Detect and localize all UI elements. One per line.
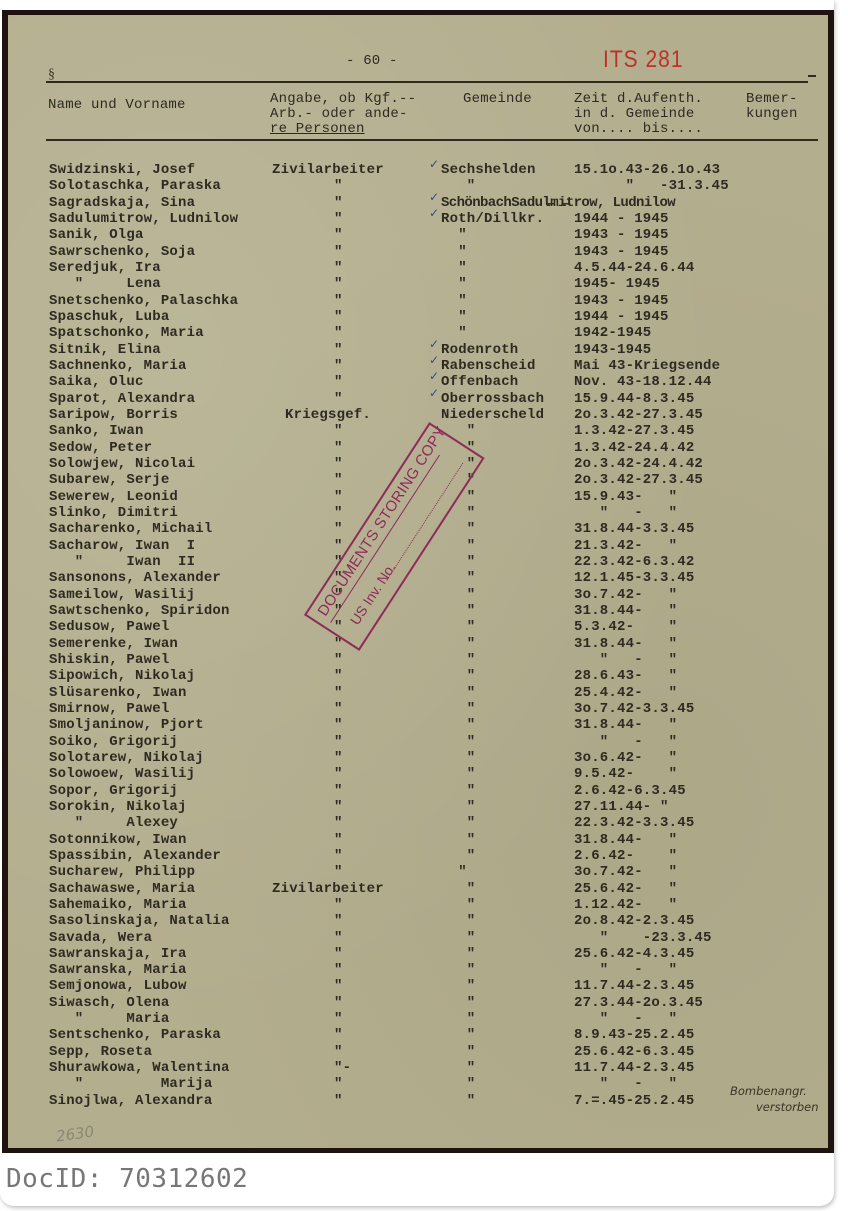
cell-name: Sachawaswe, Maria (49, 881, 195, 897)
table-row: Soiko, Grigorij" " " - " (8, 734, 828, 750)
cell-zeit: 31.8.44- " (574, 636, 677, 652)
cell-name: " Lena (49, 276, 161, 292)
table-row: Solotarew, Nikolaj" "3o.6.42- " (8, 750, 828, 766)
cell-name: Sorokin, Nikolaj (49, 799, 187, 815)
cell-name: Solowoew, Wasilij (49, 766, 195, 782)
cell-name: Semjonowa, Lubow (49, 978, 187, 994)
table-row: Sucharew, Philipp" "3o.7.42- " (8, 864, 828, 880)
cell-zeit: 15.1o.43-26.1o.43 (574, 162, 720, 178)
document-page: - 60 - ITS 281 § Name und Vorname Angabe… (8, 15, 828, 1148)
cell-zeit: 1943 - 1945 (574, 293, 669, 309)
table-row: Shurawkowa, Walentina"- "11.7.44-2.3.45 (8, 1060, 828, 1076)
cell-name: Slinko, Dimitri (49, 505, 178, 521)
cell-category: Zivilarbeiter (272, 881, 384, 897)
cell-gemeinde: " (441, 701, 475, 717)
cell-zeit: 2.6.42-6.3.45 (574, 783, 686, 799)
cell-gemeinde: " (441, 783, 475, 799)
cell-zeit: 1.3.42-24.4.42 (574, 440, 694, 456)
cell-zeit: 11.7.44-2.3.45 (574, 978, 694, 994)
header-bemerkungen-1: Bemer- (746, 92, 798, 107)
cell-name: Slüsarenko, Iwan (49, 685, 187, 701)
cell-zeit: 7.=.45-25.2.45 (574, 1093, 694, 1109)
cell-gemeinde: " (441, 652, 475, 668)
doc-id-label: DocID: 70312602 (6, 1164, 248, 1194)
cell-zeit: " - " (574, 734, 677, 750)
cell-category: " (334, 1076, 343, 1092)
cell-name: Sparot, Alexandra (49, 391, 195, 407)
cell-category: " (334, 978, 343, 994)
cell-category: " (334, 309, 343, 325)
cell-category: " (334, 685, 343, 701)
cell-gemeinde: Roth/Dillkr. (441, 211, 544, 227)
cell-name: Soiko, Grigorij (49, 734, 178, 750)
cell-category: "- (334, 1060, 351, 1076)
cell-name: Smoljaninow, Pjort (49, 717, 204, 733)
cell-name: Sucharew, Philipp (49, 864, 195, 880)
cell-gemeinde: " (441, 766, 475, 782)
cell-gemeinde: " (441, 309, 467, 325)
checkmark-icon: ✓ (429, 337, 439, 351)
cell-gemeinde: " (441, 603, 475, 619)
cell-category: " (334, 799, 343, 815)
table-row: Sedusow, Pawel" "5.3.42- " (8, 619, 828, 635)
remark-line-2: verstorben (756, 1100, 819, 1114)
table-row: Sansonons, Alexander" "12.1.45-3.3.45 (8, 570, 828, 586)
cell-zeit: 12.1.45-3.3.45 (574, 570, 694, 586)
cell-name: Sedusow, Pawel (49, 619, 169, 635)
cell-zeit: 1942-1945 (574, 325, 651, 341)
cell-zeit: 1943 - 1945 (574, 244, 669, 260)
cell-zeit: 5.3.42- " (574, 619, 677, 635)
table-row: Sameilow, Wasilij" "3o.7.42- " (8, 587, 828, 603)
cell-name: Siwasch, Olena (49, 995, 169, 1011)
cell-name: Sahemaiko, Maria (49, 897, 187, 913)
cell-gemeinde: " (441, 1044, 475, 1060)
cell-zeit: 21.3.42- " (574, 538, 677, 554)
cell-zeit: 25.4.42- " (574, 685, 677, 701)
cell-category: Zivilarbeiter (272, 162, 384, 178)
header-rule (46, 139, 818, 141)
cell-category: " (334, 652, 343, 668)
cell-name: Saripow, Borris (49, 407, 178, 423)
header-category-3: re Personen (270, 122, 365, 137)
cell-category: " (334, 244, 343, 260)
cell-name: Seredjuk, Ira (49, 260, 161, 276)
cell-gemeinde: Offenbach (441, 374, 518, 390)
cell-name: Sawtschenko, Spiridon (49, 603, 230, 619)
cell-zeit: 1943 - 1945 (574, 227, 669, 243)
cell-category: " (334, 1027, 343, 1043)
cell-category: " (334, 391, 343, 407)
cell-name: Sewerew, Leonid (49, 489, 178, 505)
table-row: " Maria" " " - " (8, 1011, 828, 1027)
cell-zeit: " - " (574, 652, 677, 668)
cell-category: " (334, 456, 343, 472)
cell-gemeinde: " (441, 538, 475, 554)
header-bemerkungen-2: kungen (746, 107, 798, 122)
table-row: Sorokin, Nikolaj" "27.11.44- " (8, 799, 828, 815)
cell-category: " (334, 325, 343, 341)
cell-gemeinde: " (441, 570, 475, 586)
cell-gemeinde: " (441, 832, 475, 848)
cell-category: " (334, 227, 343, 243)
cell-category: " (334, 1011, 343, 1027)
cell-gemeinde: " (441, 815, 475, 831)
table-row: Sawrschenko, Soja" "1943 - 1945 (8, 244, 828, 260)
table-row: Sinojlwa, Alexandra" "7.=.45-25.2.45 (8, 1093, 828, 1109)
cell-name: Sagradskaja, Sina (49, 195, 195, 211)
cell-category: " (334, 440, 343, 456)
cell-name: Sinojlwa, Alexandra (49, 1093, 212, 1109)
cell-zeit: 25.6.42- " (574, 881, 677, 897)
cell-category: " (334, 521, 343, 537)
cell-name: Swidzinski, Josef (49, 162, 195, 178)
table-row: Shiskin, Pawel" " " - " (8, 652, 828, 668)
cell-zeit: 8.9.43-25.2.45 (574, 1027, 694, 1043)
checkmark-icon: ✓ (429, 157, 439, 171)
cell-zeit: 3o.7.42- " (574, 587, 677, 603)
cell-zeit: 2o.3.42-27.3.45 (574, 407, 703, 423)
cell-name: Sacharow, Iwan I (49, 538, 195, 554)
cell-category: Kriegsgef. (285, 407, 371, 423)
cell-name: Smirnow, Pawel (49, 701, 169, 717)
cell-category: " (334, 178, 343, 194)
its-stamp-code: ITS 281 (603, 46, 684, 74)
table-row: Smirnow, Pawel" "3o.7.42-3.3.45 (8, 701, 828, 717)
cell-gemeinde: " (441, 636, 475, 652)
table-row: Spaschuk, Luba" "1944 - 1945 (8, 309, 828, 325)
cell-category: " (334, 668, 343, 684)
cell-gemeinde: " (441, 587, 475, 603)
scan-frame: - 60 - ITS 281 § Name und Vorname Angabe… (2, 10, 834, 1153)
cell-category: " (334, 766, 343, 782)
header-category-1: Angabe, ob Kgf.-- (270, 92, 416, 107)
cell-zeit: Nov. 43-18.12.44 (574, 374, 712, 390)
cell-category: " (334, 832, 343, 848)
cell-zeit: 3o.7.42-3.3.45 (574, 701, 694, 717)
top-rule (46, 81, 808, 83)
table-row: Siwasch, Olena" "27.3.44-2o.3.45 (8, 995, 828, 1011)
cell-category: " (334, 293, 343, 309)
table-row: Sotonnikow, Iwan" "31.8.44- " (8, 832, 828, 848)
cell-name: Spatschonko, Maria (49, 325, 204, 341)
cell-gemeinde: " (441, 734, 475, 750)
cell-gemeinde: " (441, 799, 475, 815)
table-row: Sawranskaja, Ira" "25.6.42-4.3.45 (8, 946, 828, 962)
cell-name: Spaschuk, Luba (49, 309, 169, 325)
cell-gemeinde: " (441, 1093, 475, 1109)
table-row: Sopor, Grigorij" "2.6.42-6.3.45 (8, 783, 828, 799)
table-row: Solotaschka, Paraska" " " -31.3.45 (8, 178, 828, 194)
cell-zeit: Mai 43-Kriegsende (574, 358, 720, 374)
cell-zeit: 11.7.44-2.3.45 (574, 1060, 694, 1076)
table-row: Saripow, BorrisKriegsgef.Niederscheld2o.… (8, 407, 828, 423)
cell-category: " (334, 342, 343, 358)
cell-zeit: 1944 - 1945 (574, 309, 669, 325)
cell-name: Spassibin, Alexander (49, 848, 221, 864)
table-row: Spassibin, Alexander" "2.6.42- " (8, 848, 828, 864)
cell-gemeinde: " (441, 178, 475, 194)
cell-zeit: 1945- 1945 (574, 276, 660, 292)
cell-gemeinde: " (441, 962, 475, 978)
cell-category: " (334, 962, 343, 978)
cell-zeit: 2o.3.42-27.3.45 (574, 472, 703, 488)
cell-zeit: 31.8.44- " (574, 717, 677, 733)
cell-zeit: " - " (574, 1076, 677, 1092)
cell-gemeinde: " (441, 619, 475, 635)
cell-gemeinde: Oberrossbach (441, 391, 544, 407)
cell-name: Sadulumitrow, Ludnilow (49, 211, 238, 227)
cell-name: Sawranskaja, Ira (49, 946, 187, 962)
cell-name: Sanko, Iwan (49, 423, 144, 439)
cell-zeit: 2o.8.42-2.3.45 (574, 913, 694, 929)
cell-zeit: 15.9.43- " (574, 489, 677, 505)
checkmark-icon: ✓ (429, 206, 439, 220)
cell-category: " (334, 897, 343, 913)
cell-category: " (334, 423, 343, 439)
cell-category: " (334, 848, 343, 864)
cell-name: Sepp, Roseta (49, 1044, 152, 1060)
cell-gemeinde: " (441, 1060, 475, 1076)
header-zeit-1: Zeit d.Aufenth. (574, 92, 703, 107)
cell-gemeinde: " (441, 521, 475, 537)
cell-name: Sedow, Peter (49, 440, 152, 456)
cell-category: " (334, 358, 343, 374)
cell-gemeinde: " (441, 717, 475, 733)
cell-category: " (334, 260, 343, 276)
cell-gemeinde: " (441, 1076, 475, 1092)
cell-category: " (334, 701, 343, 717)
cell-zeit: 15.9.44-8.3.45 (574, 391, 694, 407)
table-row: Sparot, Alexandra"✓Oberrossbach15.9.44-8… (8, 391, 828, 407)
cell-gemeinde: Rabenscheid (441, 358, 536, 374)
pencil-note: 2630 (55, 1122, 95, 1145)
cell-zeit: " -23.3.45 (574, 930, 712, 946)
table-row: Slüsarenko, Iwan" "25.4.42- " (8, 685, 828, 701)
cell-gemeinde: Niederscheld (441, 407, 544, 423)
cell-category: " (334, 913, 343, 929)
table-row: Snetschenko, Palaschka" "1943 - 1945 (8, 293, 828, 309)
cell-gemeinde: " (441, 293, 467, 309)
cell-zeit: 3o.6.42- " (574, 750, 677, 766)
table-row: Smoljaninow, Pjort" "31.8.44- " (8, 717, 828, 733)
cell-zeit: 2o.3.42-24.4.42 (574, 456, 703, 472)
cell-name: " Marija (49, 1076, 212, 1092)
cell-zeit: 27.11.44- " (574, 799, 669, 815)
cell-gemeinde: " (441, 930, 475, 946)
cell-gemeinde: " (441, 848, 475, 864)
cell-gemeinde: " (441, 995, 475, 1011)
table-row: Solowoew, Wasilij" "9.5.42- " (8, 766, 828, 782)
cell-name: Sopor, Grigorij (49, 783, 178, 799)
cell-name: Shiskin, Pawel (49, 652, 169, 668)
cell-zeit: 2.6.42- " (574, 848, 677, 864)
cell-zeit: 9.5.42- " (574, 766, 677, 782)
table-row: Spatschonko, Maria" "1942-1945 (8, 325, 828, 341)
cell-zeit: " - " (574, 1011, 677, 1027)
cell-gemeinde: " (441, 554, 475, 570)
header-gemeinde: Gemeinde (463, 92, 532, 107)
cell-gemeinde: " (441, 946, 475, 962)
cell-name: " Iwan II (49, 554, 195, 570)
cell-zeit: " -31.3.45 (574, 178, 729, 194)
cell-zeit: 1944 - 1945 (574, 211, 669, 227)
cell-zeit: 31.8.44- " (574, 832, 677, 848)
cell-name: Solowjew, Nicolai (49, 456, 195, 472)
cell-category: " (334, 930, 343, 946)
cell-category: " (334, 276, 343, 292)
cell-name: Sameilow, Wasilij (49, 587, 195, 603)
table-row: " Marija" " " - " (8, 1076, 828, 1092)
cell-name: Sawrschenko, Soja (49, 244, 195, 260)
cell-category: " (334, 538, 343, 554)
header-zeit-2: in d. Gemeinde (574, 107, 694, 122)
table-row: Sadulumitrow, Ludnilow"✓Roth/Dillkr.1944… (8, 211, 828, 227)
cell-zeit: 3o.7.42- " (574, 864, 677, 880)
cell-gemeinde: " (441, 325, 467, 341)
table-row: Sahemaiko, Maria" "1.12.42- " (8, 897, 828, 913)
table-row: Savada, Wera" " " -23.3.45 (8, 930, 828, 946)
cell-zeit: 28.6.43- " (574, 668, 677, 684)
cell-zeit: 25.6.42-6.3.45 (574, 1044, 694, 1060)
cell-name: Sachnenko, Maria (49, 358, 187, 374)
cell-name: Solotarew, Nikolaj (49, 750, 204, 766)
checkmark-icon: ✓ (429, 190, 439, 204)
table-row: Sitnik, Elina"✓Rodenroth1943-1945 (8, 342, 828, 358)
cell-zeit: 1.3.42-27.3.45 (574, 423, 694, 439)
cell-name: Sanik, Olga (49, 227, 144, 243)
cell-name: Sawranska, Maria (49, 962, 187, 978)
cell-name: Sitnik, Elina (49, 342, 161, 358)
cell-gemeinde: " (441, 260, 467, 276)
cell-name: Shurawkowa, Walentina (49, 1060, 230, 1076)
cell-gemeinde: " (441, 881, 475, 897)
header-name: Name und Vorname (48, 98, 186, 113)
cell-name: Subarew, Serje (49, 472, 169, 488)
table-row: Sepp, Roseta" "25.6.42-6.3.45 (8, 1044, 828, 1060)
table-row: Sentschenko, Paraska" "8.9.43-25.2.45 (8, 1027, 828, 1043)
cell-category: " (334, 489, 343, 505)
cell-name: Sotonnikow, Iwan (49, 832, 187, 848)
cell-name: Sacharenko, Michail (49, 521, 212, 537)
table-row: Sasolinskaja, Natalia" "2o.8.42-2.3.45 (8, 913, 828, 929)
cell-category: " (334, 505, 343, 521)
cell-gemeinde: " (441, 227, 467, 243)
cell-zeit: 1.12.42- " (574, 897, 677, 913)
cell-zeit: 25.6.42-4.3.45 (574, 946, 694, 962)
table-row: Seredjuk, Ira" "4.5.44-24.6.44 (8, 260, 828, 276)
cell-category: " (334, 374, 343, 390)
cell-zeit: 31.8.44-3.3.45 (574, 521, 694, 537)
table-row: Sagradskaja, Sina"✓SchönbachSadul̶mi̶tro… (8, 195, 828, 211)
table-row: Sachnenko, Maria"✓RabenscheidMai 43-Krie… (8, 358, 828, 374)
cell-gemeinde: " (441, 978, 475, 994)
cell-zeit: " - " (574, 962, 677, 978)
remark-line-1: Bombenangr. (730, 1084, 807, 1098)
checkmark-icon: ✓ (429, 353, 439, 367)
table-row: " Lena" "1945- 1945 (8, 276, 828, 292)
cell-gemeinde: " (441, 1011, 475, 1027)
cell-category: " (334, 815, 343, 831)
page-number: - 60 - (346, 53, 398, 69)
cell-gemeinde: " (441, 864, 467, 880)
cell-name: " Alexey (49, 815, 178, 831)
checkmark-icon: ✓ (429, 369, 439, 383)
cell-category: " (334, 946, 343, 962)
table-row: Sipowich, Nikolaj" "28.6.43- " (8, 668, 828, 684)
table-row: Sachawaswe, MariaZivilarbeiter "25.6.42-… (8, 881, 828, 897)
cell-gemeinde: " (441, 276, 467, 292)
cell-zeit: 22.3.42-6.3.42 (574, 554, 694, 570)
cell-gemeinde: Sechshelden (441, 162, 536, 178)
cell-name: Solotaschka, Paraska (49, 178, 221, 194)
cell-gemeinde: Rodenroth (441, 342, 518, 358)
cell-category: " (334, 783, 343, 799)
cell-gemeinde: " (441, 897, 475, 913)
cell-zeit: 22.3.42-3.3.45 (574, 815, 694, 831)
table-row: Sanik, Olga" "1943 - 1945 (8, 227, 828, 243)
cell-zeit: 27.3.44-2o.3.45 (574, 995, 703, 1011)
cell-category: " (334, 472, 343, 488)
table-row: Sawranska, Maria" " " - " (8, 962, 828, 978)
cell-gemeinde: " (441, 1027, 475, 1043)
cell-gemeinde: " (441, 685, 475, 701)
cell-zeit: 1943-1945 (574, 342, 651, 358)
cell-zeit: 31.8.44- " (574, 603, 677, 619)
cell-category: " (334, 995, 343, 1011)
cell-category: " (334, 1093, 343, 1109)
cell-gemeinde: SchönbachSadul̶mi̶trow, Ludnilow (441, 195, 675, 211)
table-row: Sanko, Iwan" "1.3.42-27.3.45 (8, 423, 828, 439)
cell-gemeinde: " (441, 913, 475, 929)
cell-name: Sentschenko, Paraska (49, 1027, 221, 1043)
cell-gemeinde: " (441, 244, 467, 260)
cell-category: " (334, 750, 343, 766)
cell-name: Sasolinskaja, Natalia (49, 913, 230, 929)
cell-name: " Maria (49, 1011, 169, 1027)
cell-name: Savada, Wera (49, 930, 152, 946)
rule-dash (808, 75, 816, 77)
cell-zeit: " - " (574, 505, 677, 521)
cell-category: " (334, 734, 343, 750)
document-card: - 60 - ITS 281 § Name und Vorname Angabe… (0, 0, 834, 1206)
cell-name: Saika, Oluc (49, 374, 144, 390)
header-zeit-3: von.... bis.... (574, 122, 703, 137)
table-row: Semerenke, Iwan" "31.8.44- " (8, 636, 828, 652)
cell-name: Snetschenko, Palaschka (49, 293, 238, 309)
table-row: Saika, Oluc"✓OffenbachNov. 43-18.12.44 (8, 374, 828, 390)
table-row: Swidzinski, JosefZivilarbeiter✓Sechsheld… (8, 162, 828, 178)
cell-category: " (334, 864, 343, 880)
cell-category: " (334, 1044, 343, 1060)
checkmark-icon: ✓ (429, 386, 439, 400)
table-row: " Alexey" "22.3.42-3.3.45 (8, 815, 828, 831)
cell-zeit: 4.5.44-24.6.44 (574, 260, 694, 276)
cell-category: " (334, 717, 343, 733)
cell-name: Sipowich, Nikolaj (49, 668, 195, 684)
cell-name: Sansonons, Alexander (49, 570, 221, 586)
table-row: Sawtschenko, Spiridon" "31.8.44- " (8, 603, 828, 619)
header-category-2: Arb.- oder ande- (270, 107, 408, 122)
table-row: Semjonowa, Lubow" "11.7.44-2.3.45 (8, 978, 828, 994)
cell-gemeinde: " (441, 668, 475, 684)
cell-name: Semerenke, Iwan (49, 636, 178, 652)
cell-category: " (334, 195, 343, 211)
cell-category: " (334, 211, 343, 227)
cell-gemeinde: " (441, 750, 475, 766)
